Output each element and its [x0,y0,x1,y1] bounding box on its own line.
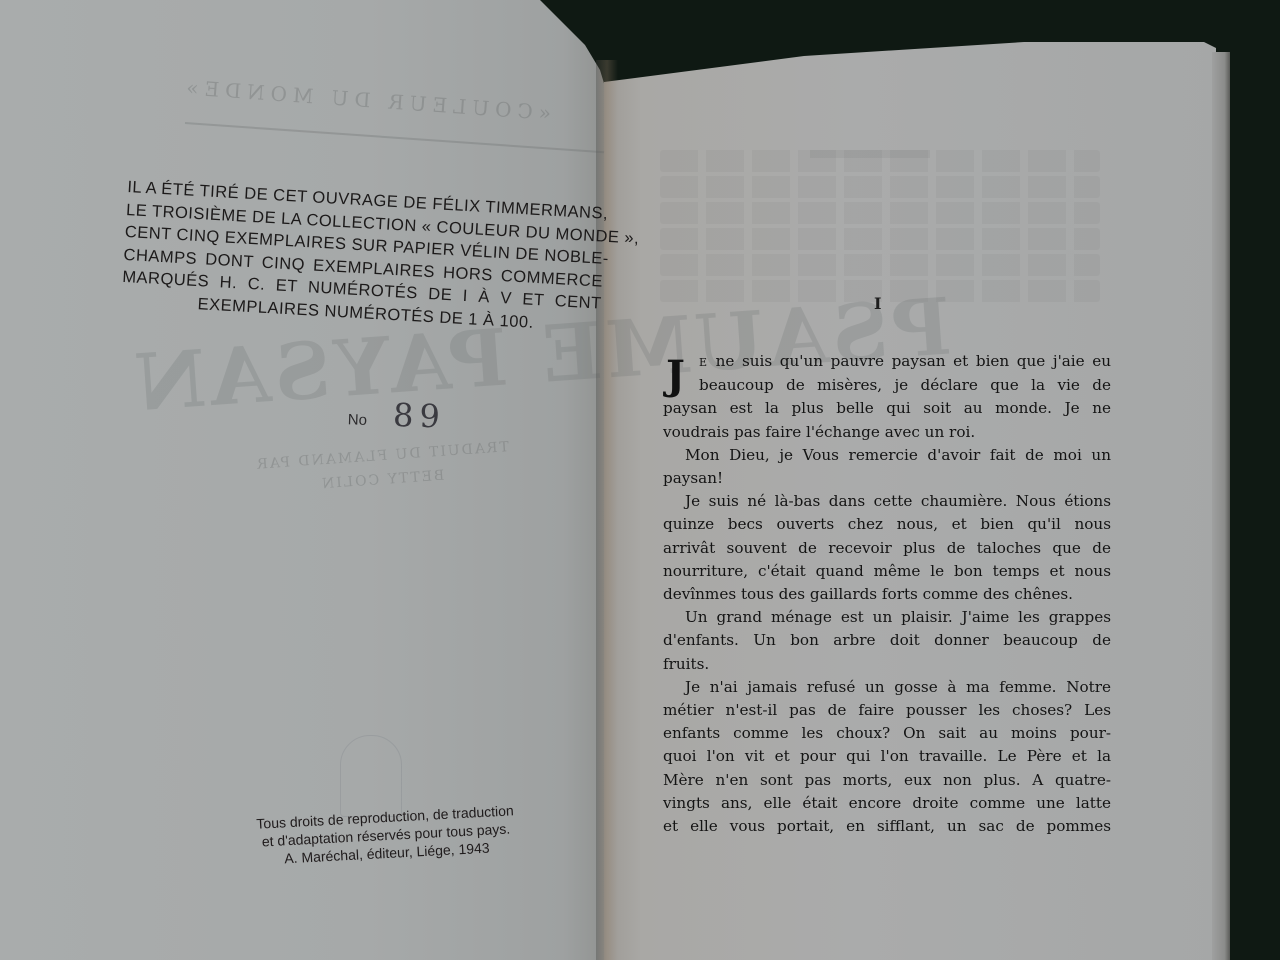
copy-number-value: 89 [393,396,447,436]
text-line: d'enfants. Un bon arbre doit donner beau… [663,629,1111,652]
book-photo: «COULEUR DU MONDE» PSAUME PAYSAN TRADUIT… [0,0,1280,960]
ghost-running-head [810,150,930,158]
text-line: enfants comme les choux? On sait au moin… [663,722,1111,745]
text-line: vingts ans, elle était encore droite com… [663,792,1111,815]
text-line: arrivât souvent de recevoir plus de talo… [663,537,1111,560]
text-line: et elle vous portait, en sifflant, un sa… [663,815,1111,838]
book-spine [596,60,618,960]
chapter-number: I [874,294,881,313]
text-line: Je n'ai jamais refusé un gosse à ma femm… [663,676,1111,699]
text-line: beaucoup de misères, je déclare que la v… [663,374,1111,397]
colophon: IL A ÉTÉ TIRÉ DE CET OUVRAGE DE FÉLIX TI… [120,176,607,338]
text-line: quinze becs ouverts chez nous, et bien q… [663,513,1111,536]
text-line: Un grand ménage est un plaisir. J'aime l… [663,606,1111,629]
chapter-body: E ne suis qu'un pauvre paysan et bien qu… [663,350,1111,838]
text-line: métier n'est-il pas de faire pousser les… [663,699,1111,722]
text-line: paysan est la plus belle qui soit au mon… [663,397,1111,420]
text-line: Mon Dieu, je Vous remercie d'avoir fait … [663,444,1111,467]
copy-number-label: No [348,411,368,429]
text-line: quoi l'on vit et pour qui l'on travaille… [663,745,1111,768]
page-stack-edge [1212,52,1230,960]
text-line: voudrais pas faire l'échange avec un roi… [663,421,1111,444]
text-line: fruits. [663,653,1111,676]
text-line: devînmes tous des gaillards forts comme … [663,583,1111,606]
text-line: paysan! [663,467,1111,490]
text-line: nourriture, c'était quand même le bon te… [663,560,1111,583]
text-line: E ne suis qu'un pauvre paysan et bien qu… [663,350,1111,374]
copy-number: No 89 [347,394,446,435]
text-line: Mère n'en sont pas morts, eux non plus. … [663,769,1111,792]
text-line: Je suis né là-bas dans cette chaumière. … [663,490,1111,513]
